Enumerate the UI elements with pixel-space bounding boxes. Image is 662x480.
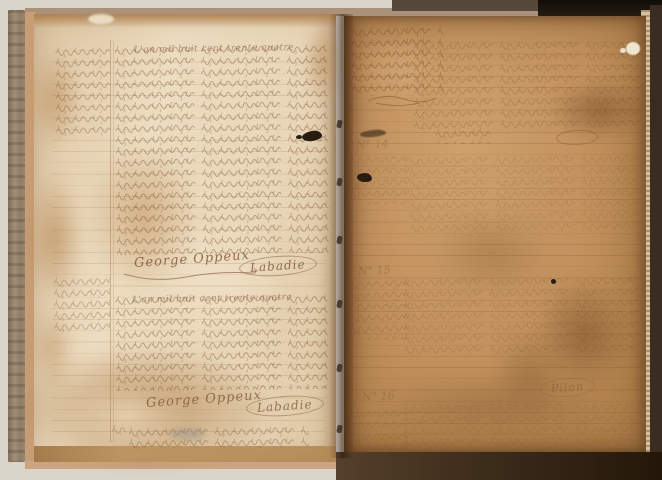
book-cover-bottom [336, 452, 662, 480]
entry-number-14: N° 14 [356, 137, 389, 151]
book-cover-right [650, 5, 662, 460]
margin-note-handwriting [54, 276, 111, 335]
water-stain [34, 14, 336, 28]
act-body-handwriting [116, 293, 329, 391]
margin-rule [110, 40, 111, 442]
margin-note-handwriting [350, 408, 408, 451]
paper-notch [88, 14, 114, 24]
right-page: N° 14 N° 15 Pilon N° 16 [344, 16, 646, 452]
act-body-handwriting [115, 43, 329, 255]
act-body-handwriting [410, 153, 639, 237]
margin-note-handwriting [350, 278, 411, 341]
entry-number-16: N° 16 [362, 389, 395, 403]
book-board-left-edge [8, 10, 25, 462]
margin-note-handwriting [112, 424, 126, 436]
signature-scribble [436, 128, 491, 145]
white-spot [626, 42, 640, 55]
gray-smudge [170, 428, 205, 440]
entry-number-15: N° 15 [358, 263, 391, 277]
act-body-handwriting [404, 275, 639, 355]
act-body-handwriting [129, 425, 309, 451]
ink-blot [296, 135, 302, 139]
margin-rule [113, 40, 114, 442]
scanned-register-photo: L'an mil huit cent trente quatre George … [0, 0, 662, 480]
act-body-handwriting [404, 401, 635, 453]
ink-dot [551, 279, 556, 284]
left-page: L'an mil huit cent trente quatre George … [34, 14, 336, 462]
margin-note-handwriting [56, 46, 111, 139]
act-body-handwriting [414, 39, 641, 133]
white-spot [620, 48, 626, 53]
